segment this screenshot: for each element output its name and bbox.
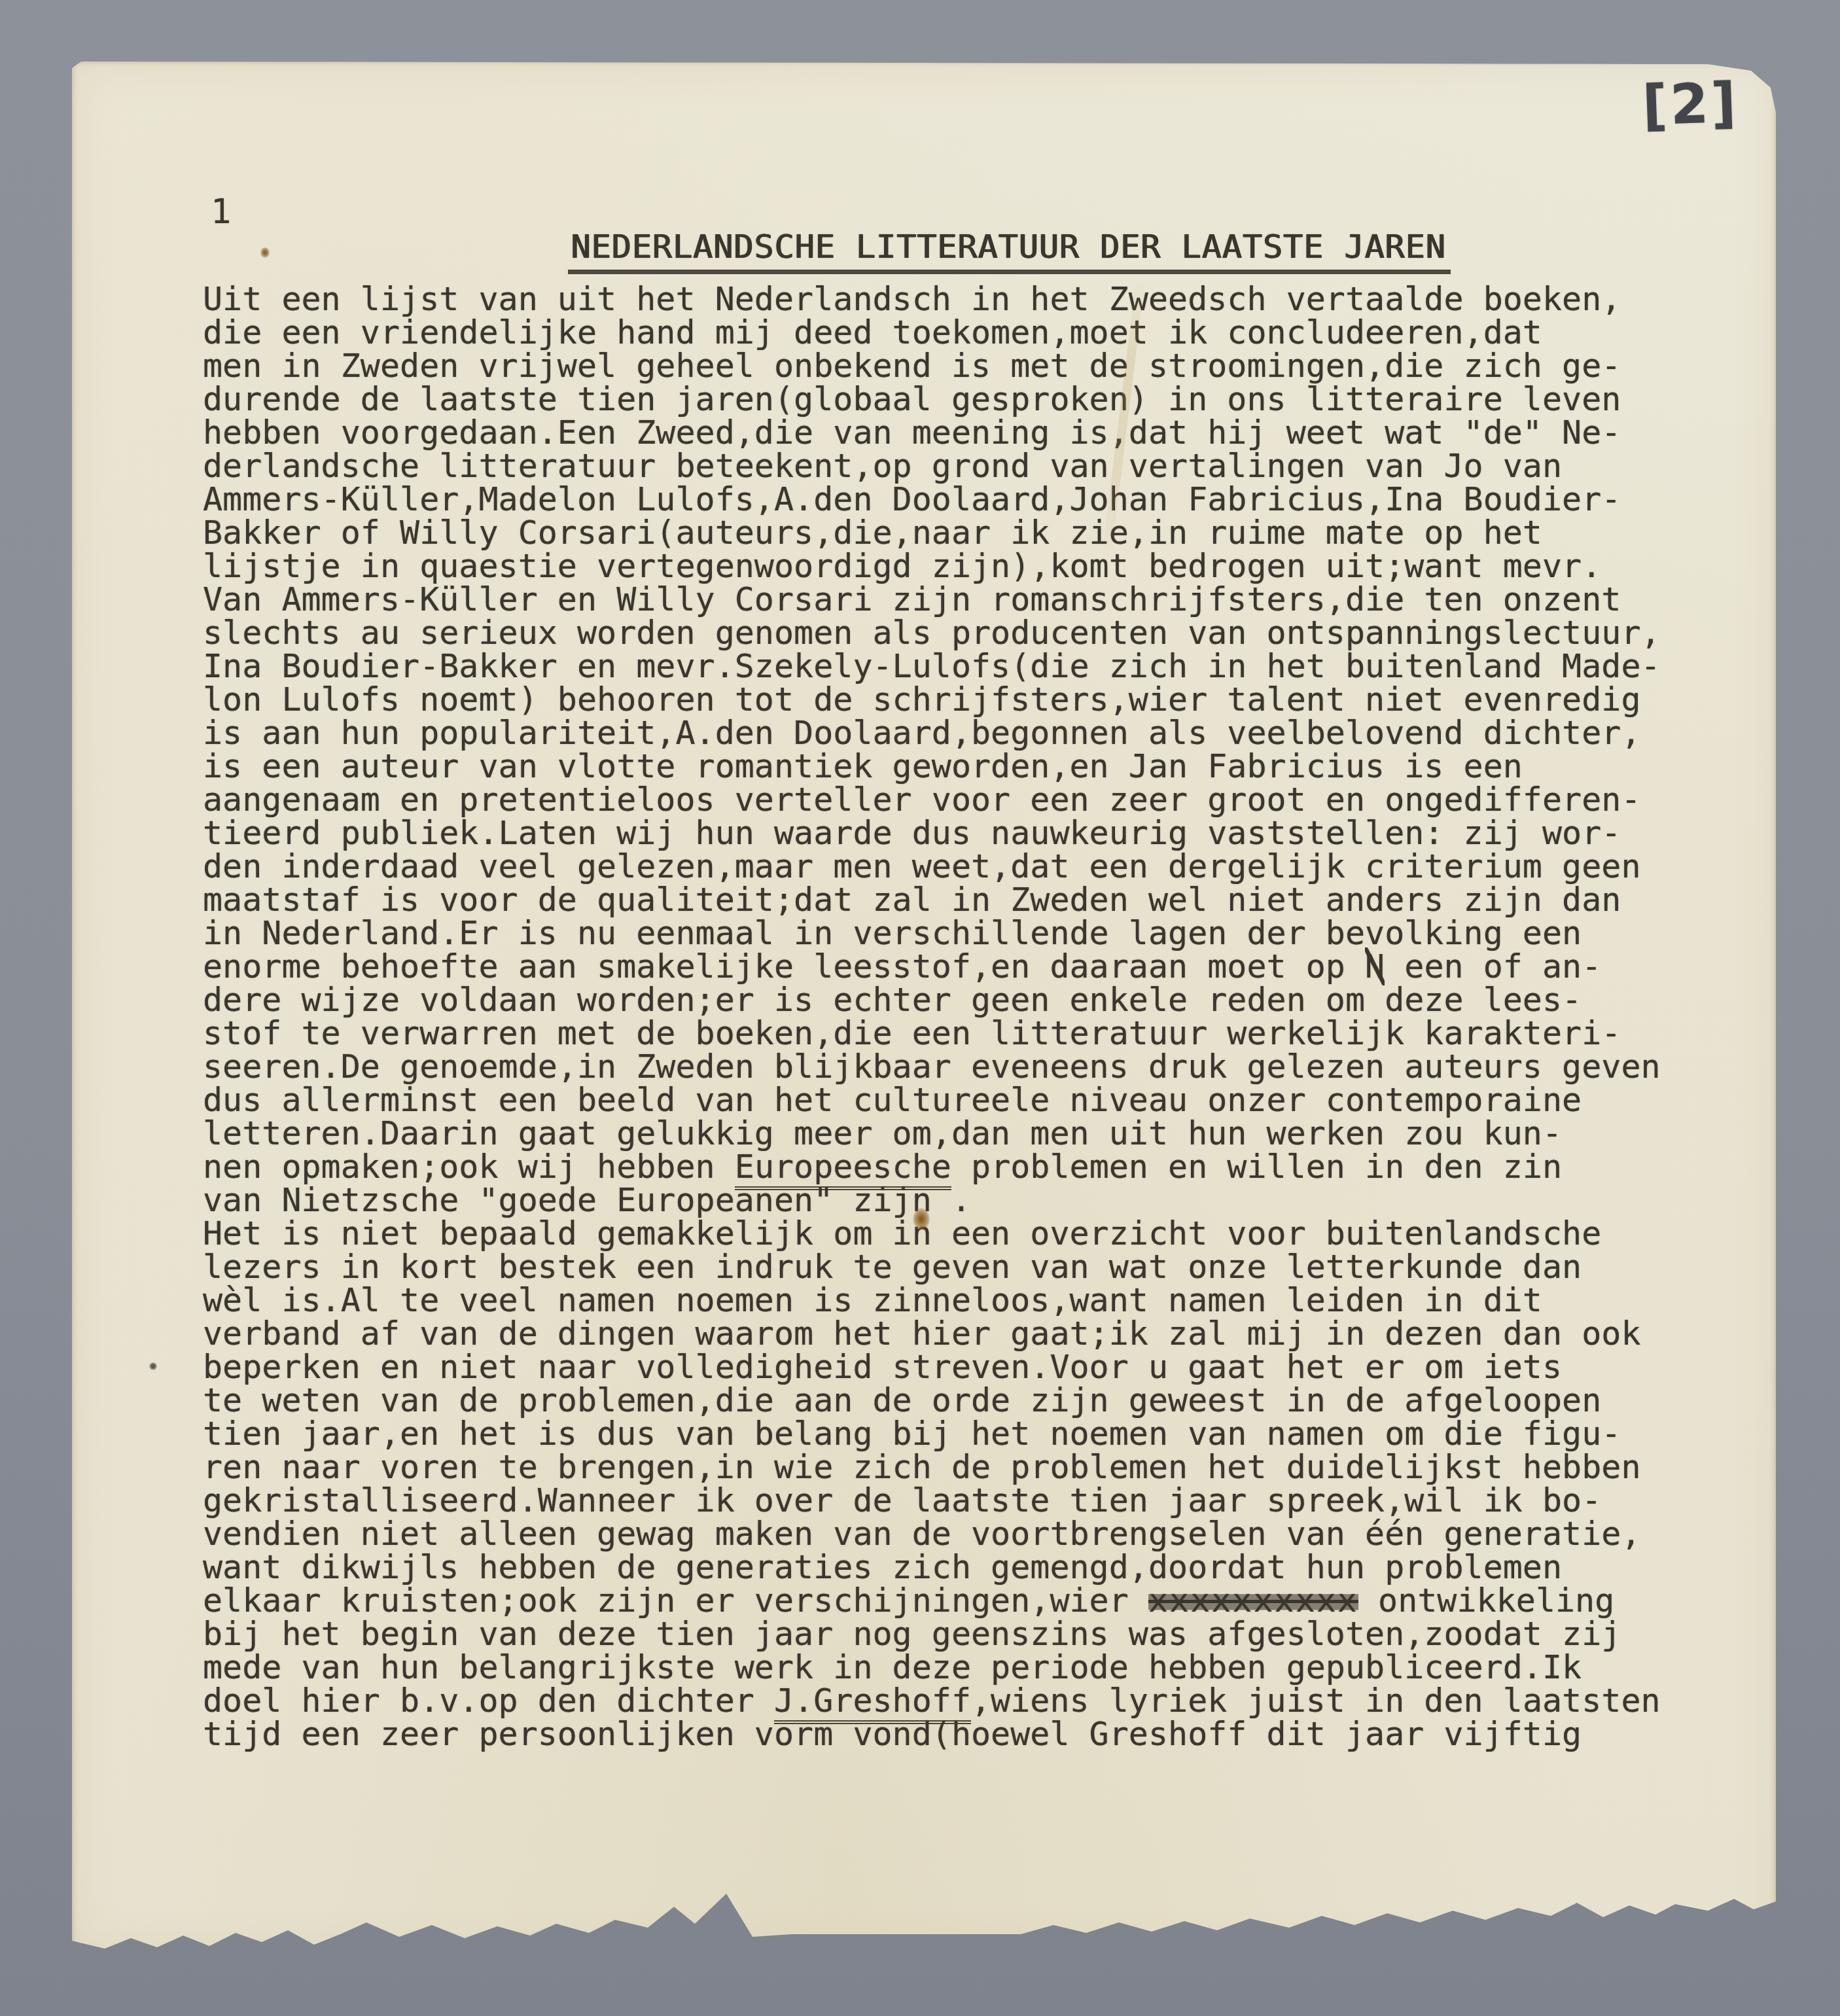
text-line: durende de laatste tien jaren(globaal ge… <box>203 383 1727 416</box>
text-segment: een of an- <box>1385 947 1601 985</box>
text-line: wèl is.Al te veel namen noemen is zinnel… <box>203 1284 1727 1317</box>
text-line: in Nederland.Er is nu eenmaal in verschi… <box>203 917 1727 950</box>
text-line: die een vriendelijke hand mij deed toeko… <box>203 316 1727 349</box>
typed-page-number: 1 <box>211 192 231 232</box>
struck-out-character: N <box>1365 947 1385 985</box>
text-line: ren naar voren te brengen,in wie zich de… <box>203 1451 1727 1484</box>
document-title-text: NEDERLANDSCHE LITTERATUUR DER LAATSTE JA… <box>568 228 1451 274</box>
document-page: [2] 1 NEDERLANDSCHE LITTERATUUR DER LAAT… <box>72 62 1776 1953</box>
text-segment: doel hier b.v.op den dichter <box>203 1682 774 1720</box>
text-line: is aan hun populariteit,A.den Doolaard,b… <box>203 716 1727 750</box>
text-line: van Nietzsche "goede Europeanen" zijn . <box>203 1184 1727 1217</box>
text-segment: elkaar kruisten;ook zijn er verschijning… <box>203 1582 1148 1619</box>
text-line-with-underline: doel hier b.v.op den dichter J.Greshoff,… <box>203 1684 1727 1718</box>
text-line-with-correction: enorme behoefte aan smakelijke leesstof,… <box>203 950 1727 983</box>
text-line: Ina Boudier-Bakker en mevr.Szekely-Lulof… <box>203 650 1727 683</box>
text-line: gekristalliseerd.Wanneer ik over de laat… <box>203 1484 1727 1517</box>
text-line: dere wijze voldaan worden;er is echter g… <box>203 983 1727 1017</box>
document-title: NEDERLANDSCHE LITTERATUUR DER LAATSTE JA… <box>571 228 1451 274</box>
text-line: Uit een lijst van uit het Nederlandsch i… <box>203 283 1727 316</box>
text-segment: ontwikkeling <box>1358 1582 1614 1619</box>
text-line: beperken en niet naar volledigheid strev… <box>203 1351 1727 1384</box>
text-line: letteren.Daarin gaat gelukkig meer om,da… <box>203 1117 1727 1150</box>
document-body: Uit een lijst van uit het Nederlandsch i… <box>203 283 1727 1751</box>
text-line: tijd een zeer persoonlijken vorm vond(ho… <box>203 1718 1727 1751</box>
text-segment: nen opmaken;ook wij hebben <box>203 1148 735 1186</box>
scan-background: { "document": { "archival_number": "[2]"… <box>0 0 1840 2016</box>
text-line-with-strikeout: elkaar kruisten;ook zijn er verschijning… <box>203 1584 1727 1618</box>
text-line: verband af van de dingen waarom het hier… <box>203 1317 1727 1351</box>
text-line: den inderdaad veel gelezen,maar men weet… <box>203 850 1727 883</box>
pencil-archival-number: [2] <box>1641 70 1740 137</box>
text-line: te weten van de problemen,die aan de ord… <box>203 1384 1727 1417</box>
text-line: stof te verwarren met de boeken,die een … <box>203 1017 1727 1050</box>
text-line: Van Ammers-Küller en Willy Corsari zijn … <box>203 583 1727 616</box>
text-line: slechts au serieux worden genomen als pr… <box>203 616 1727 650</box>
text-line: men in Zweden vrijwel geheel onbekend is… <box>203 349 1727 383</box>
text-line: maatstaf is voor de qualiteit;dat zal in… <box>203 883 1727 917</box>
text-line: want dikwijls hebben de generaties zich … <box>203 1551 1727 1584</box>
text-line: Ammers-Küller,Madelon Lulofs,A.den Doola… <box>203 483 1727 516</box>
text-line: vendien niet alleen gewag maken van de v… <box>203 1517 1727 1551</box>
text-line: lon Lulofs noemt) behooren tot de schrij… <box>203 683 1727 716</box>
stain <box>149 1362 157 1370</box>
text-segment: ,wiens lyriek juist in den laatsten <box>971 1682 1661 1720</box>
text-line: lijstje in quaestie vertegenwoordigd zij… <box>203 550 1727 583</box>
text-line: mede van hun belangrijkste werk in deze … <box>203 1651 1727 1684</box>
text-line: lezers in kort bestek een indruk te geve… <box>203 1250 1727 1284</box>
text-line: seeren.De genoemde,in Zweden blijkbaar e… <box>203 1050 1727 1084</box>
text-line: Het is niet bepaald gemakkelijk om in ee… <box>203 1217 1727 1250</box>
text-line: bij het begin van deze tien jaar nog gee… <box>203 1618 1727 1651</box>
text-line: dus allerminst een beeld van het culture… <box>203 1084 1727 1117</box>
text-line: tieerd publiek.Laten wij hun waarde dus … <box>203 817 1727 850</box>
text-line-with-underline: nen opmaken;ook wij hebben Europeesche p… <box>203 1150 1727 1184</box>
text-line: hebben voorgedaan.Een Zweed,die van meen… <box>203 416 1727 450</box>
text-line: tien jaar,en het is dus van belang bij h… <box>203 1417 1727 1451</box>
obliterated-word: xxxxxxxxxx <box>1148 1582 1358 1619</box>
text-segment: problemen en willen in den zin <box>951 1148 1562 1186</box>
text-line: is een auteur van vlotte romantiek gewor… <box>203 750 1727 783</box>
text-line: derlandsche litteratuur beteekent,op gro… <box>203 450 1727 483</box>
text-line: Bakker of Willy Corsari(auteurs,die,naar… <box>203 516 1727 550</box>
text-line: aangenaam en pretentieloos verteller voo… <box>203 783 1727 817</box>
stain <box>260 247 270 258</box>
text-segment: enorme behoefte aan smakelijke leesstof,… <box>203 947 1365 985</box>
